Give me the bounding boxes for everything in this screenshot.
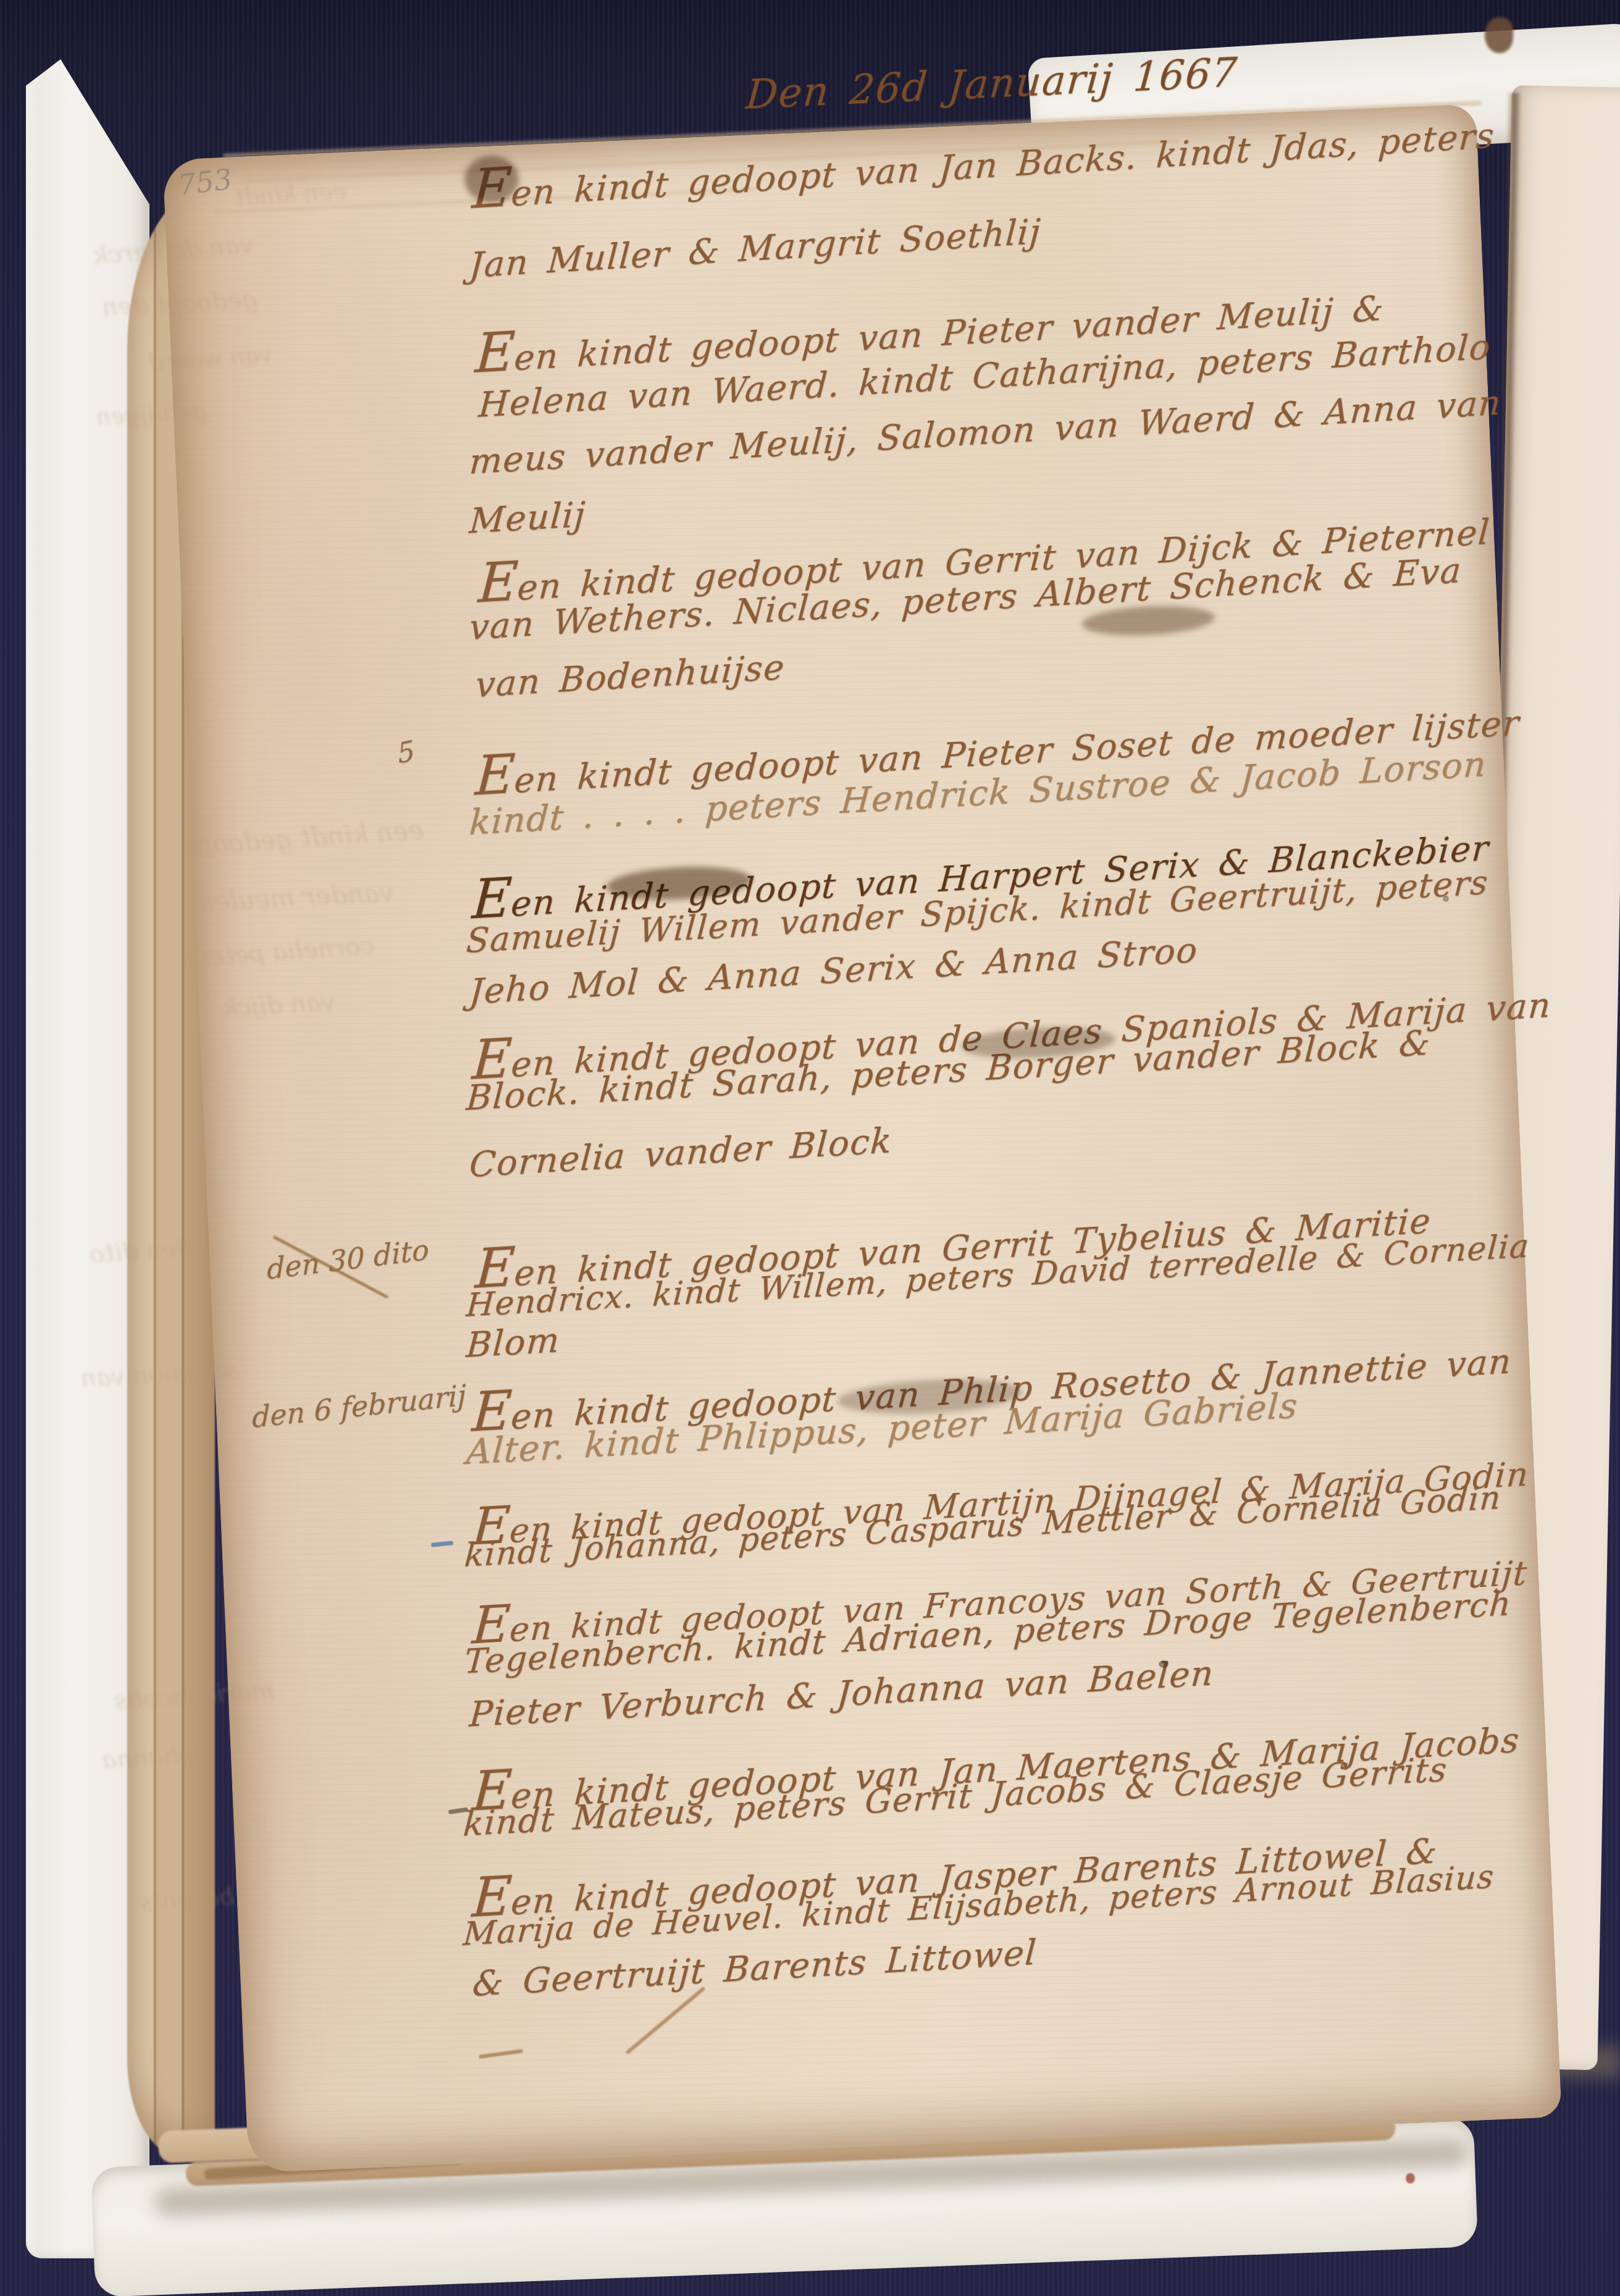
manuscript-line: Blom	[465, 1320, 561, 1366]
margin-note: 5	[396, 735, 416, 770]
manuscript-line: Meulij	[468, 495, 587, 542]
ink-speck	[1443, 896, 1449, 902]
gutter-ink-blot	[1485, 17, 1513, 53]
show-through-line: johanna	[101, 1741, 203, 1774]
red-mark	[1406, 2173, 1415, 2184]
show-through-line: van dijck	[222, 988, 336, 1022]
ink-blot	[464, 156, 519, 203]
ink-speck	[1159, 1660, 1169, 1668]
book-photo: { "manuscript": { "page_number": "753", …	[0, 0, 1620, 2296]
show-through-line: barents	[138, 1882, 235, 1917]
page-number: 753	[176, 162, 234, 202]
